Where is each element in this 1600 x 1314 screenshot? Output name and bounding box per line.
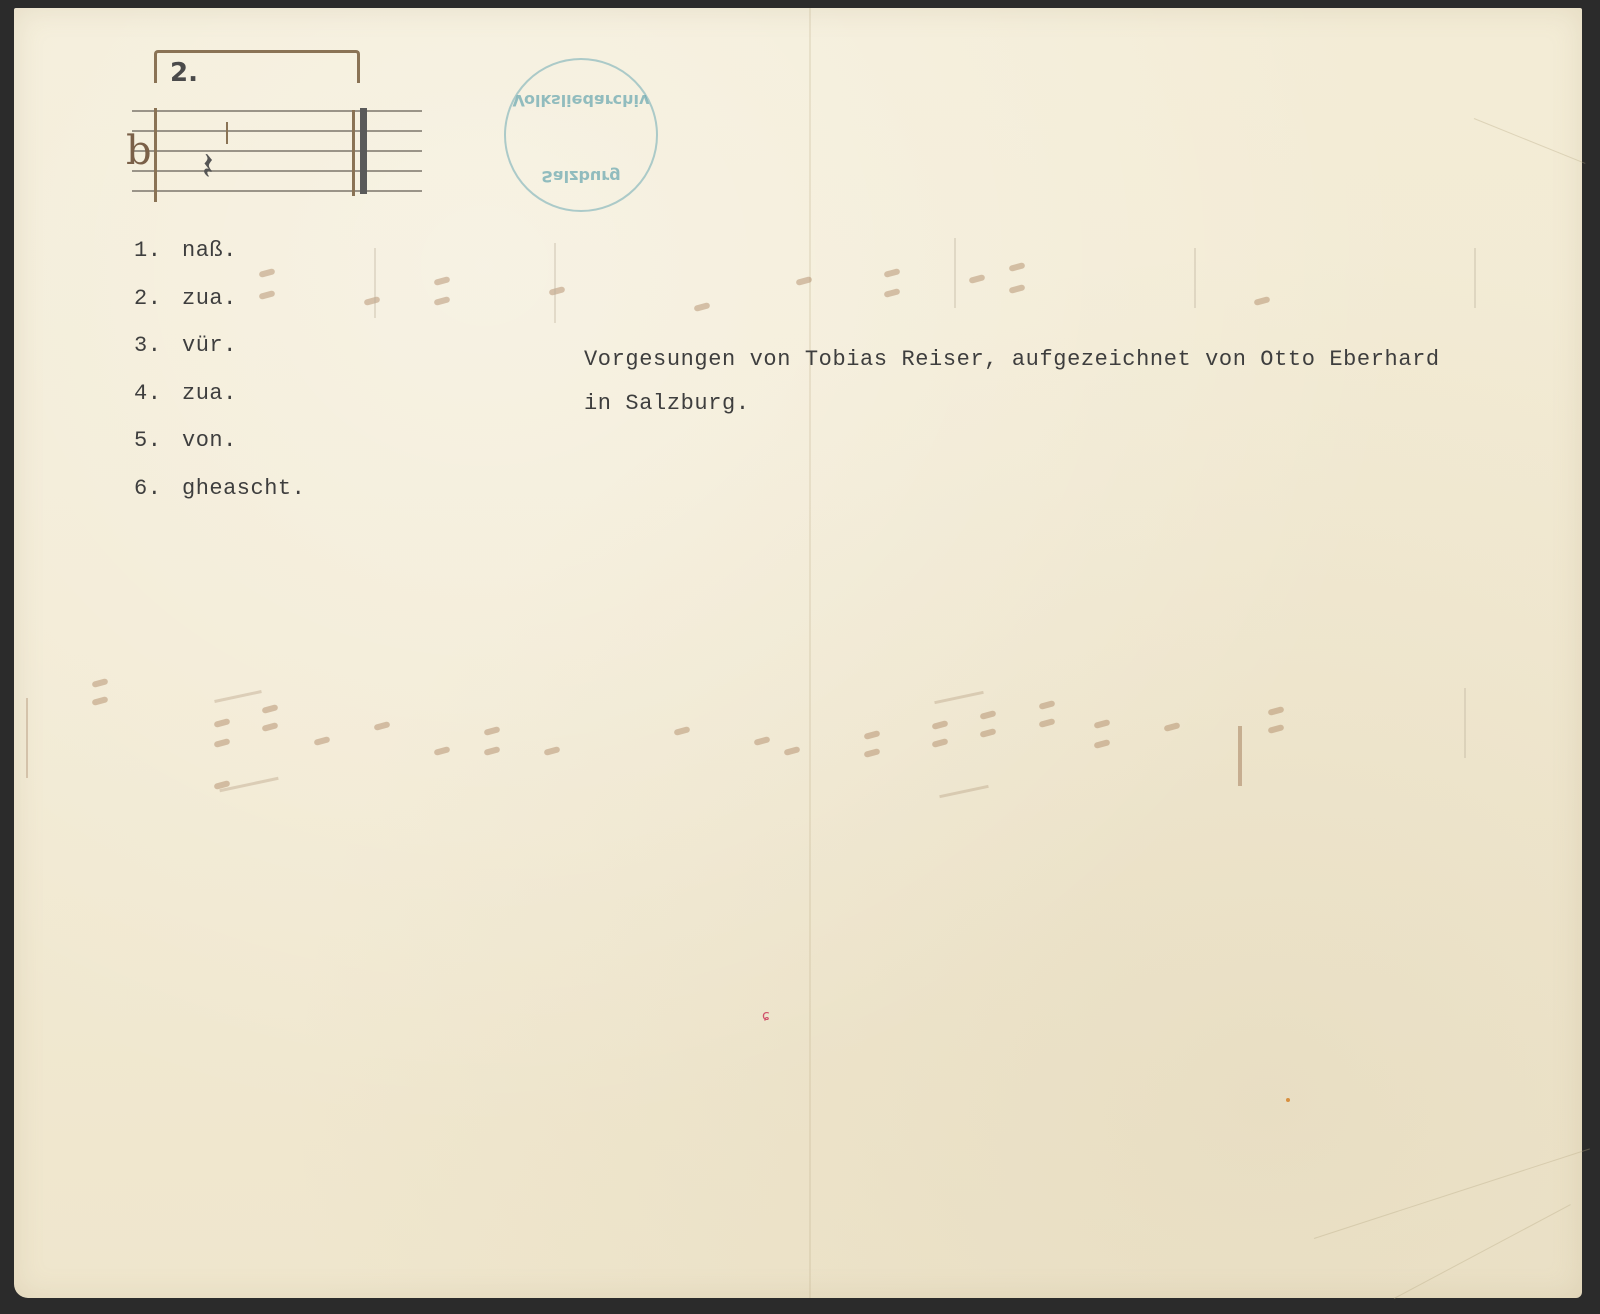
staff-line bbox=[132, 130, 422, 132]
paper-crease bbox=[1474, 118, 1586, 164]
archive-stamp: Volksliedarchiv Salzburg bbox=[504, 58, 658, 212]
verse-word: naß. bbox=[182, 238, 237, 263]
verse-word: gheascht. bbox=[182, 476, 305, 501]
verse-number: 1. bbox=[134, 236, 182, 266]
music-staff-fragment: 2. b 𝄽 bbox=[114, 38, 434, 208]
barline bbox=[352, 110, 355, 196]
verse-word: zua. bbox=[182, 286, 237, 311]
verse-item: 4.zua. bbox=[134, 379, 305, 427]
verse-number: 5. bbox=[134, 426, 182, 456]
document-page: 2. b 𝄽 Volksliedarchiv Salzburg 1.naß. 2… bbox=[14, 8, 1582, 1298]
recording-credit: Vorgesungen von Tobias Reiser, aufgezeic… bbox=[584, 338, 1440, 426]
volta-label: 2. bbox=[170, 58, 198, 88]
verse-item: 6.gheascht. bbox=[134, 474, 305, 522]
barline bbox=[154, 108, 157, 202]
paper-crease bbox=[1394, 1204, 1571, 1299]
verse-number: 6. bbox=[134, 474, 182, 504]
verse-number: 4. bbox=[134, 379, 182, 409]
verse-word: vür. bbox=[182, 333, 237, 358]
credit-line-2: in Salzburg. bbox=[584, 382, 1440, 426]
vertical-fold bbox=[809, 8, 811, 1298]
flat-sign-icon: b bbox=[126, 128, 152, 174]
verse-item: 3.vür. bbox=[134, 331, 305, 379]
red-ink-mark: ɕ bbox=[762, 1008, 770, 1024]
stamp-text-bottom: Salzburg bbox=[506, 167, 656, 186]
verse-item: 2.zua. bbox=[134, 284, 305, 332]
verse-word: von. bbox=[182, 428, 237, 453]
breath-mark bbox=[226, 122, 228, 144]
final-barline bbox=[360, 108, 367, 194]
verse-number: 2. bbox=[134, 284, 182, 314]
verse-number: 3. bbox=[134, 331, 182, 361]
stain-dot bbox=[1286, 1098, 1290, 1102]
paper-crease bbox=[1314, 1148, 1590, 1239]
verse-list: 1.naß. 2.zua. 3.vür. 4.zua. 5.von. 6.ghe… bbox=[134, 236, 305, 521]
staff-line bbox=[132, 170, 422, 172]
credit-line-1: Vorgesungen von Tobias Reiser, aufgezeic… bbox=[584, 338, 1440, 382]
verse-item: 5.von. bbox=[134, 426, 305, 474]
staff-line bbox=[132, 190, 422, 192]
verse-item: 1.naß. bbox=[134, 236, 305, 284]
staff-line bbox=[132, 110, 422, 112]
stamp-text-top: Volksliedarchiv bbox=[506, 91, 656, 110]
quarter-rest-icon: 𝄽 bbox=[202, 144, 214, 189]
staff-line bbox=[132, 150, 422, 152]
verse-word: zua. bbox=[182, 381, 237, 406]
